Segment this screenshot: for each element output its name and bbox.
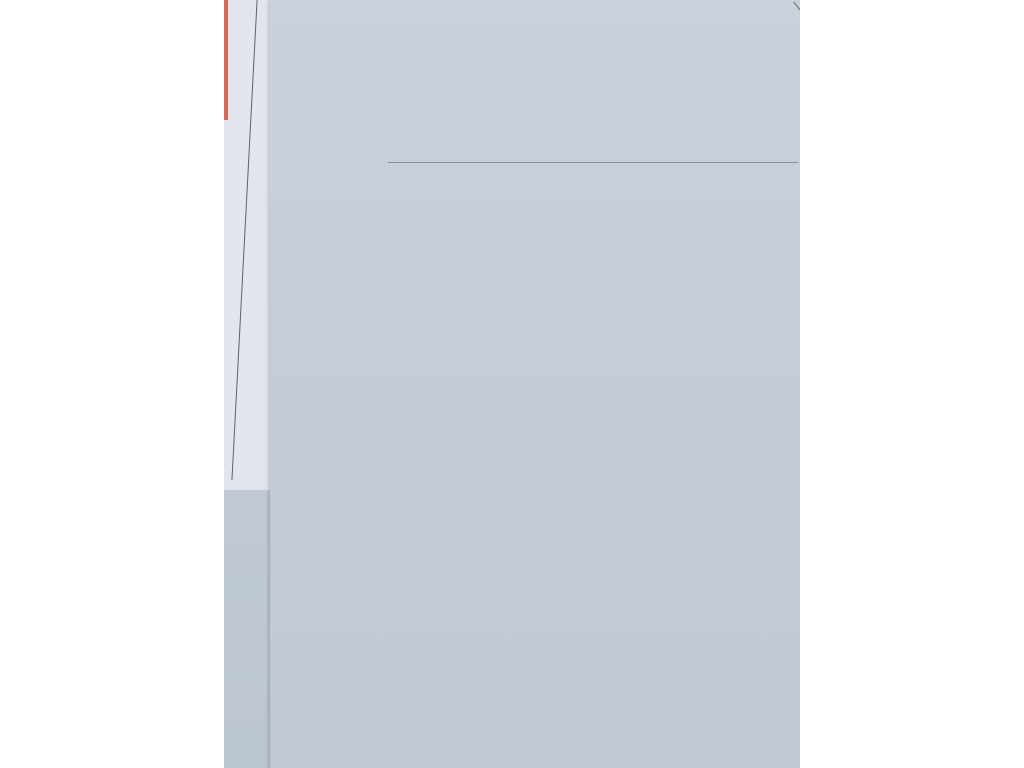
ruled-margin-line [231,0,257,480]
header-rule [388,162,798,163]
red-page-edge [224,0,228,120]
document-page [270,0,800,768]
pen-mark [793,2,800,16]
document-photo [224,0,800,768]
ruled-under-sheet [224,0,274,490]
